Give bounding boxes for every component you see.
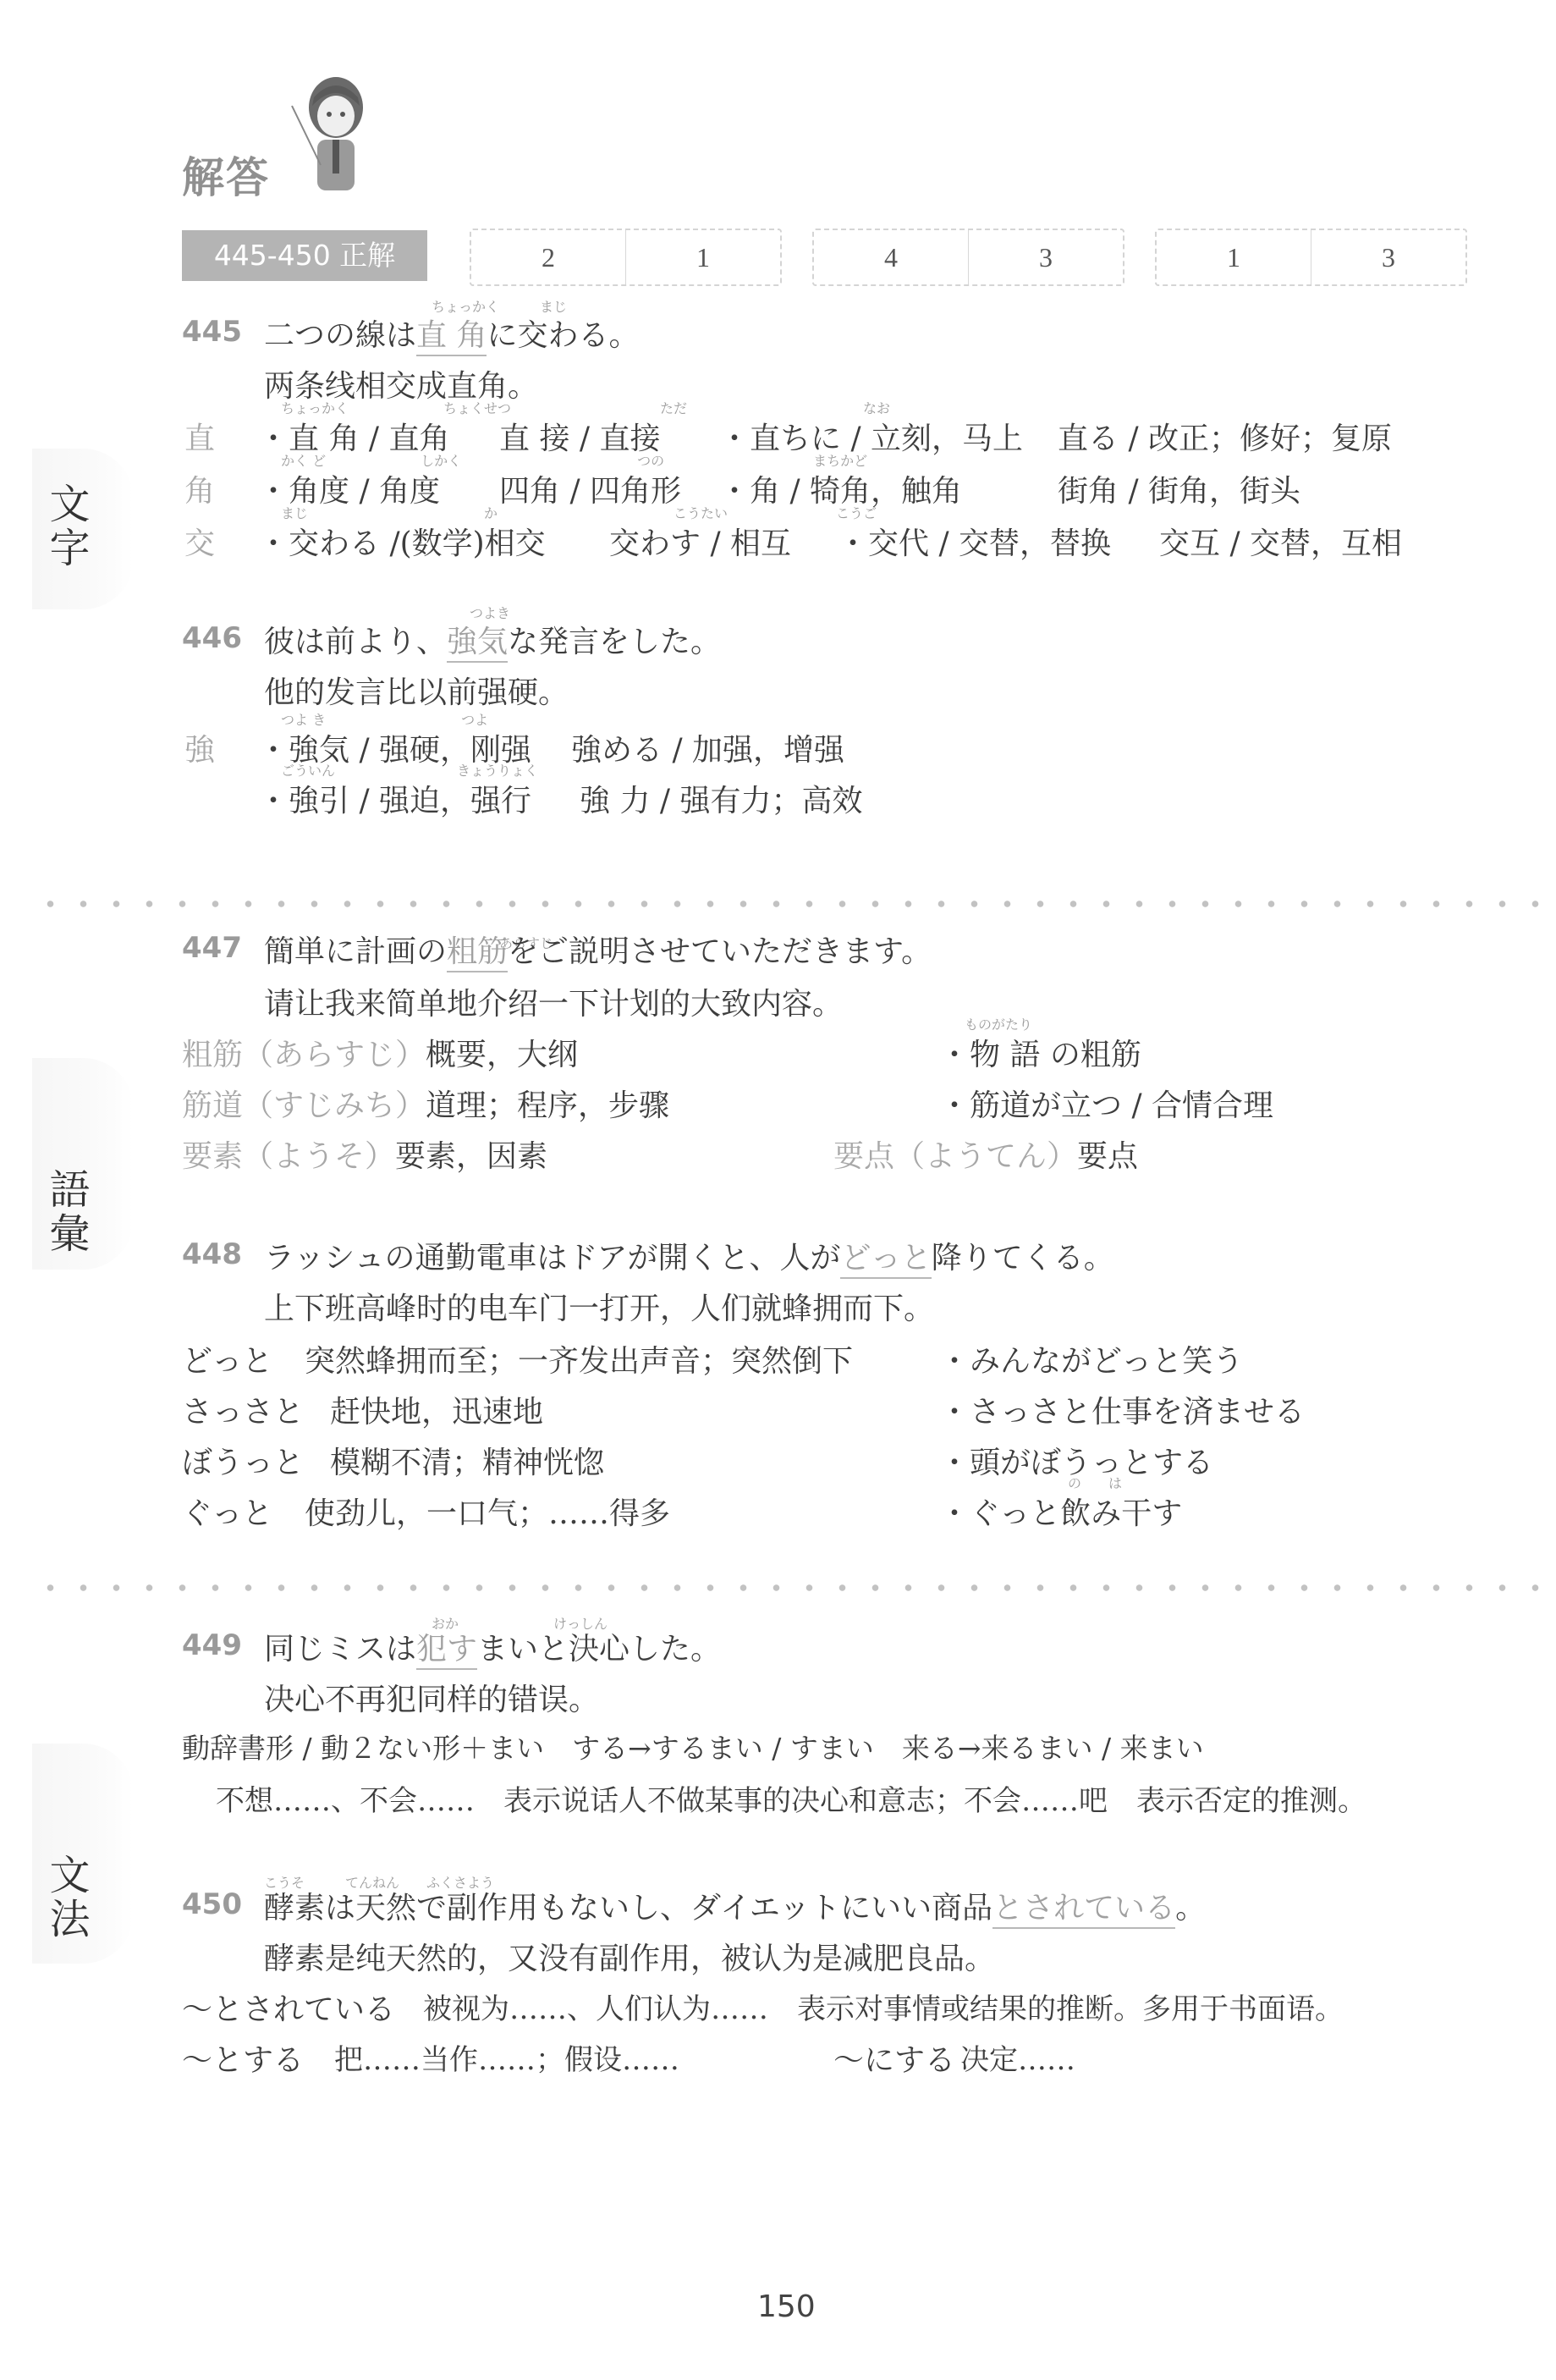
sentence-text: 。 [1175,1891,1206,1925]
usage-item: ・交代 / 交替，替换 [838,520,1111,563]
vocab-meaning: 要点 [1077,1139,1138,1174]
page-title: 解答 [182,144,270,205]
vocab-example: ・みんながどっと笑う [939,1337,1243,1380]
usage-item: 強める / 加强，增强 [571,726,844,769]
kanji-label: 直 [184,415,215,458]
vocab-row: 粗筋（あらすじ）概要，大纲 [182,1031,578,1074]
side-tab-bunpo: 文法 [37,1854,96,1942]
grammar-form: ～とする [182,2036,304,2080]
question-number: 449 [182,1628,242,1662]
vocab-word: どっと [182,1337,272,1380]
kanji-label: 角 [184,467,215,510]
side-tab-moji: 文字 [37,482,96,570]
vocab-example: ・筋道が立つ / 合情合理 [939,1082,1273,1125]
grammar-meaning: 把……当作……；假设…… [334,2036,679,2078]
usage-item: 交互 / 交替，互相 [1159,520,1402,563]
answer-range-badge: 445-450 正解 [182,230,427,281]
target-word: 直 角 [416,318,487,356]
question-number: 448 [182,1237,242,1271]
translation: 请让我来简单地介绍一下计划的大致内容。 [264,980,843,1023]
grammar-form: ～にする [833,2036,955,2080]
kanji-label: 強 [184,726,215,769]
sentence-text: 二つの線は [264,318,416,353]
sentence-text: 簡単に計画の [264,934,447,969]
usage-item: 街角 / 街角，街头 [1058,467,1300,510]
vocab-example: ・さっさと仕事を済ませる [939,1388,1305,1431]
vocab-meaning: 赶快地，迅速地 [330,1388,543,1431]
translation: 决心不再犯同样的错误。 [264,1676,599,1719]
sentence-text: ラッシュの通勤電車はドアが開くと、人が [264,1241,840,1275]
answer-group-1: 2 1 [470,229,782,286]
question-number: 445 [182,315,242,349]
side-tab-goi: 語彙 [37,1168,96,1256]
answer-448: 3 [968,230,1123,284]
teacher-mascot-illustration [283,72,377,199]
vocab-word: ぼうっと [182,1439,304,1482]
vocab-word: 要素（ようそ） [182,1139,395,1174]
sentence-text: まいと決心した。 [477,1632,721,1667]
grammar-meaning: 不想……、不会…… 表示说话人不做某事的决心和意志；不会……吧 表示否定的推测。 [216,1777,1366,1819]
vocab-word: 要点（ようてん） [833,1139,1077,1174]
answer-450: 3 [1311,230,1465,284]
question-sentence: 簡単に計画の粗筋をご説明させていただきます。 [264,928,932,971]
kanji-label: 交 [184,520,215,563]
sentence-text: に交わる。 [487,318,639,353]
target-word: どっと [840,1241,931,1279]
vocab-row: 要点（ようてん）要点 [833,1132,1138,1176]
translation: 酵素是纯天然的，又没有副作用，被认为是减肥良品。 [264,1935,995,1978]
sentence-text: 酵素は天然で副作用もないし、ダイエットにいい商品 [264,1891,992,1925]
usage-item: ・強引 / 强迫，强行 [258,777,531,820]
question-number: 450 [182,1887,242,1921]
vocab-example: ・物 語 の粗筋 [939,1031,1141,1074]
answer-449: 1 [1157,230,1311,284]
vocab-meaning: 使劲儿，一口气；……得多 [305,1490,670,1533]
target-word: とされている [992,1891,1175,1929]
sentence-text: をご説明させていただきます。 [508,934,932,969]
sentence-text: 降りてくる。 [932,1241,1114,1275]
target-word: 犯す [416,1632,477,1670]
vocab-meaning: 模糊不清；精神恍惚 [330,1439,604,1482]
answer-446: 1 [625,230,780,284]
grammar-form: 動辞書形 / 動２ない形＋まい する→するまい / すまい 来る→来るまい / … [182,1727,1204,1766]
answer-445: 2 [471,230,625,284]
vocab-word: 粗筋（あらすじ） [182,1038,426,1072]
vocab-row: 要素（ようそ）要素，因素 [182,1132,547,1176]
usage-item: 直る / 改正；修好；复原 [1058,415,1392,458]
vocab-example: ・ぐっと飲み干す [939,1490,1182,1533]
page-number: 150 [757,2289,816,2324]
dotted-separator [34,1584,1556,1591]
sentence-text: な発言をした。 [508,625,721,659]
question-sentence: 同じミスは犯すまいと決心した。 [264,1625,721,1668]
answer-group-3: 1 3 [1155,229,1467,286]
usage-item: 強 力 / 强有力；高效 [580,777,862,820]
sentence-text: 同じミスは [264,1632,416,1667]
vocab-meaning: 道理；程序，步骤 [426,1088,669,1123]
vocab-word: 筋道（すじみち） [182,1088,426,1123]
grammar-meaning: 被视为……、人们认为…… 表示对事情或结果的推断。多用于书面语。 [423,1986,1344,2027]
vocab-meaning: 概要，大纲 [426,1038,578,1072]
question-sentence: ラッシュの通勤電車はドアが開くと、人がどっと降りてくる。 [264,1234,1114,1277]
usage-item: ・交わる /(数学)相交 [258,520,546,563]
vocab-meaning: 突然蜂拥而至；一齐发出声音；突然倒下 [305,1337,853,1380]
vocab-meaning: 要素，因素 [395,1139,547,1174]
vocab-row: 筋道（すじみち）道理；程序，步骤 [182,1082,669,1125]
target-word: 強気 [447,625,508,663]
question-number: 446 [182,621,242,655]
answer-group-2: 4 3 [812,229,1124,286]
question-sentence: 彼は前より、強気な発言をした。 [264,618,721,661]
sentence-text: 彼は前より、 [264,625,447,659]
translation: 上下班高峰时的电车门一打开，人们就蜂拥而下。 [264,1285,934,1328]
dotted-separator [34,901,1556,907]
target-word: 粗筋 [447,934,508,972]
vocab-word: さっさと [182,1388,304,1431]
translation: 他的发言比以前强硬。 [264,669,569,712]
question-sentence: 二つの線は直 角に交わる。 [264,311,639,355]
usage-item: 交わす / 相互 [609,520,791,563]
vocab-word: ぐっと [182,1490,272,1533]
question-number: 447 [182,931,242,965]
answer-447: 4 [814,230,968,284]
grammar-form: ～とされている [182,1986,395,2029]
question-sentence: 酵素は天然で副作用もないし、ダイエットにいい商品とされている。 [264,1884,1206,1927]
grammar-meaning: 决定…… [960,2036,1075,2078]
